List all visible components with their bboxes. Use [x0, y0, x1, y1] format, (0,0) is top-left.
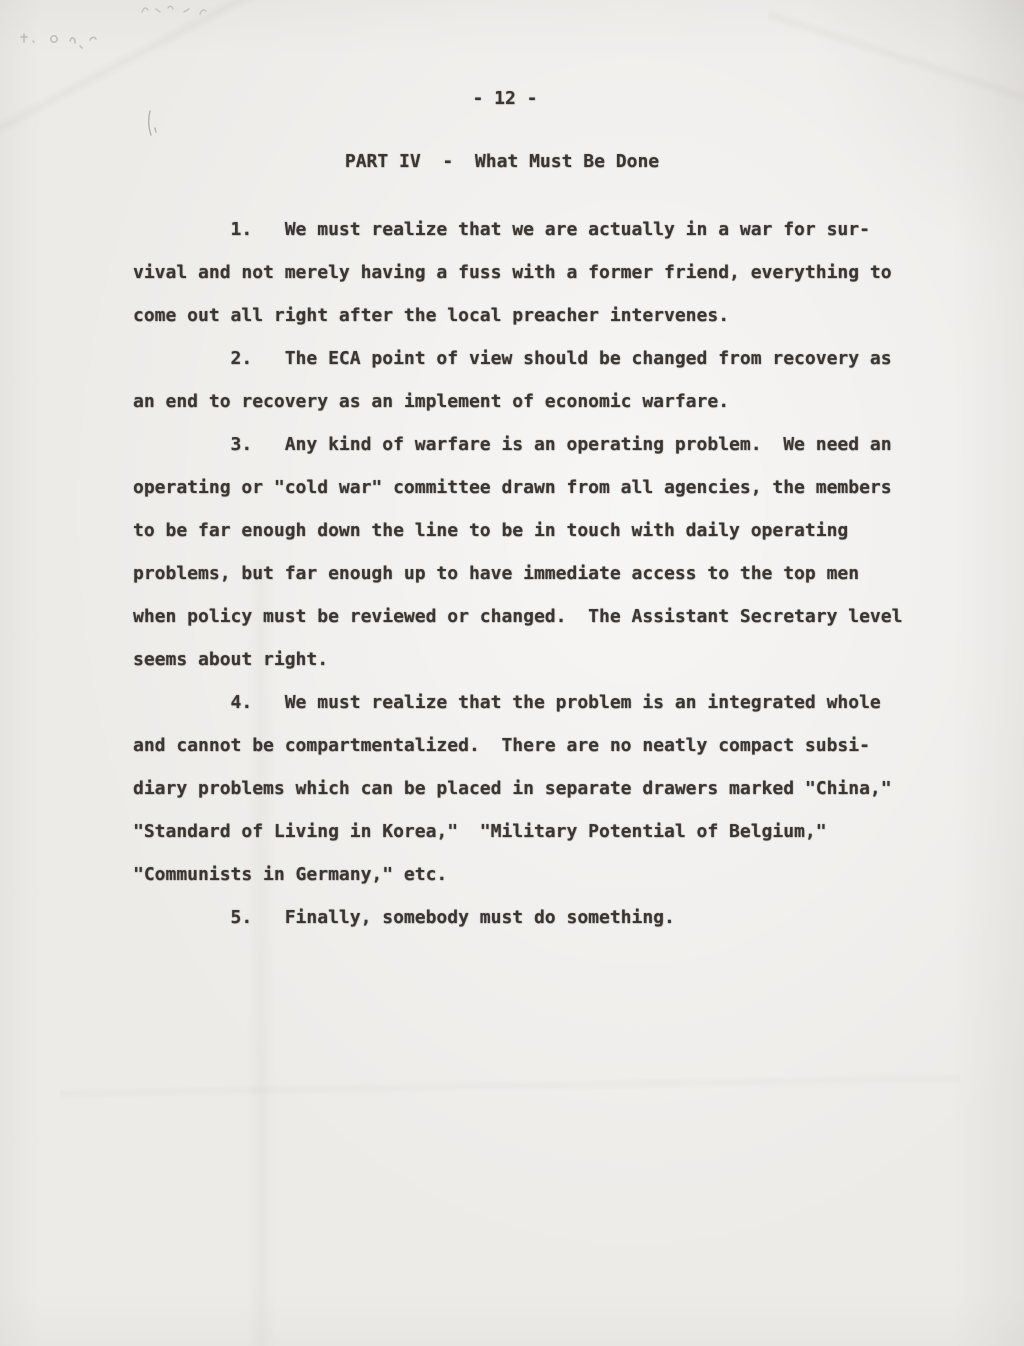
typed-line: 2. The ECA point of view should be chang… — [133, 337, 913, 380]
document-body: 1. We must realize that we are actually … — [133, 208, 913, 939]
pencil-marks-top-edge — [138, 0, 228, 20]
document-page: - 12 - PART IV - What Must Be Done 1. We… — [0, 0, 1024, 1346]
page-number: - 12 - — [0, 77, 1017, 120]
part-heading: PART IV - What Must Be Done — [0, 140, 1014, 183]
typed-line: vival and not merely having a fuss with … — [133, 251, 913, 294]
typed-line: problems, but far enough up to have imme… — [133, 552, 913, 595]
paper-crease — [60, 1072, 960, 1100]
pencil-marks-upper-left — [8, 26, 118, 56]
typed-line: "Communists in Germany," etc. — [133, 853, 913, 896]
typed-line: an end to recovery as an implement of ec… — [133, 380, 913, 423]
typed-line: seems about right. — [133, 638, 913, 681]
typed-line: 3. Any kind of warfare is an operating p… — [133, 423, 913, 466]
typed-line: 5. Finally, somebody must do something. — [133, 896, 913, 939]
typed-line: to be far enough down the line to be in … — [133, 509, 913, 552]
typed-line: 4. We must realize that the problem is a… — [133, 681, 913, 724]
typed-line: "Standard of Living in Korea," "Military… — [133, 810, 913, 853]
typed-line: come out all right after the local preac… — [133, 294, 913, 337]
typed-line: 1. We must realize that we are actually … — [133, 208, 913, 251]
typed-line: when policy must be reviewed or changed.… — [133, 595, 913, 638]
typed-line: diary problems which can be placed in se… — [133, 767, 913, 810]
typed-line: operating or "cold war" committee drawn … — [133, 466, 913, 509]
typed-line: and cannot be compartmentalized. There a… — [133, 724, 913, 767]
